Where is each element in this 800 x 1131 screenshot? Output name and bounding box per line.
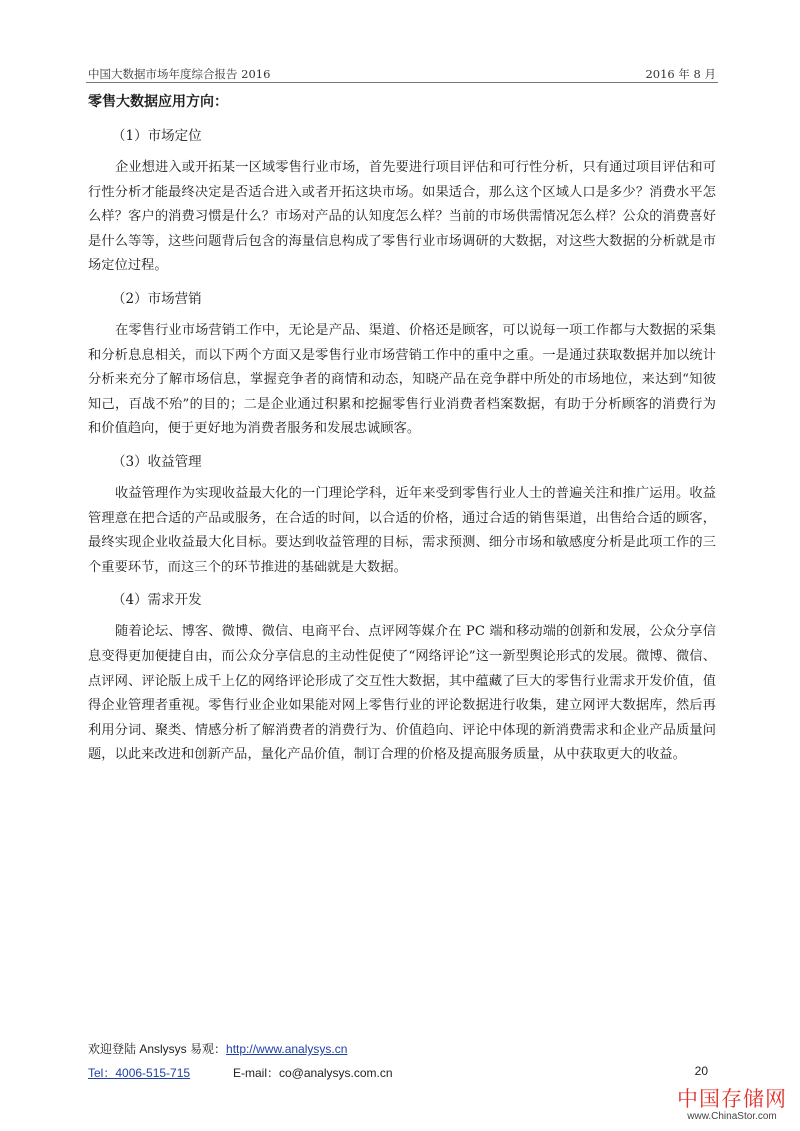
- paragraph-demand-development: 随着论坛、博客、微博、微信、电商平台、点评网等媒介在 PC 端和移动端的创新和发…: [88, 620, 716, 768]
- subsection-heading-marketing: （2）市场营销: [112, 289, 716, 309]
- section-title: 零售大数据应用方向：: [88, 92, 716, 112]
- email-text: E-mail：co@analysys.com.cn: [233, 1064, 393, 1081]
- report-title: 中国大数据市场年度综合报告 2016: [88, 66, 270, 82]
- paragraph-revenue-management: 收益管理作为实现收益最大化的一门理论学科，近年来受到零售行业人士的普遍关注和推广…: [88, 482, 716, 580]
- website-link[interactable]: http://www.analysys.cn: [226, 1042, 347, 1056]
- tel-link[interactable]: Tel：4006-515-715: [88, 1066, 190, 1080]
- chinastor-watermark: 中国存储网 www.ChinaStor.com: [672, 1087, 792, 1123]
- header-divider: [86, 82, 718, 83]
- paragraph-marketing: 在零售行业市场营销工作中，无论是产品、渠道、价格还是顾客，可以说每一项工作都与大…: [88, 319, 716, 442]
- footer-contact-row: Tel：4006-515-715 E-mail：co@analysys.com.…: [88, 1064, 716, 1081]
- watermark-brand: 中国存储网: [672, 1087, 792, 1111]
- watermark-url: www.ChinaStor.com: [672, 1111, 792, 1123]
- page-header: 中国大数据市场年度综合报告 2016 2016 年 8 月: [88, 62, 716, 82]
- report-date: 2016 年 8 月: [645, 66, 716, 82]
- page-number: 20: [695, 1064, 708, 1078]
- welcome-text: 欢迎登陆 Anslysys 易观：: [88, 1042, 226, 1056]
- footer-welcome-row: 欢迎登陆 Anslysys 易观：http://www.analysys.cn: [88, 1040, 347, 1057]
- subsection-heading-market-positioning: （1）市场定位: [112, 126, 716, 146]
- paragraph-market-positioning: 企业想进入或开拓某一区域零售行业市场，首先要进行项目评估和可行性分析，只有通过项…: [88, 156, 716, 279]
- subsection-heading-revenue-management: （3）收益管理: [112, 452, 716, 472]
- subsection-heading-demand-development: （4）需求开发: [112, 590, 716, 610]
- document-body: 零售大数据应用方向： （1）市场定位 企业想进入或开拓某一区域零售行业市场，首先…: [88, 92, 716, 778]
